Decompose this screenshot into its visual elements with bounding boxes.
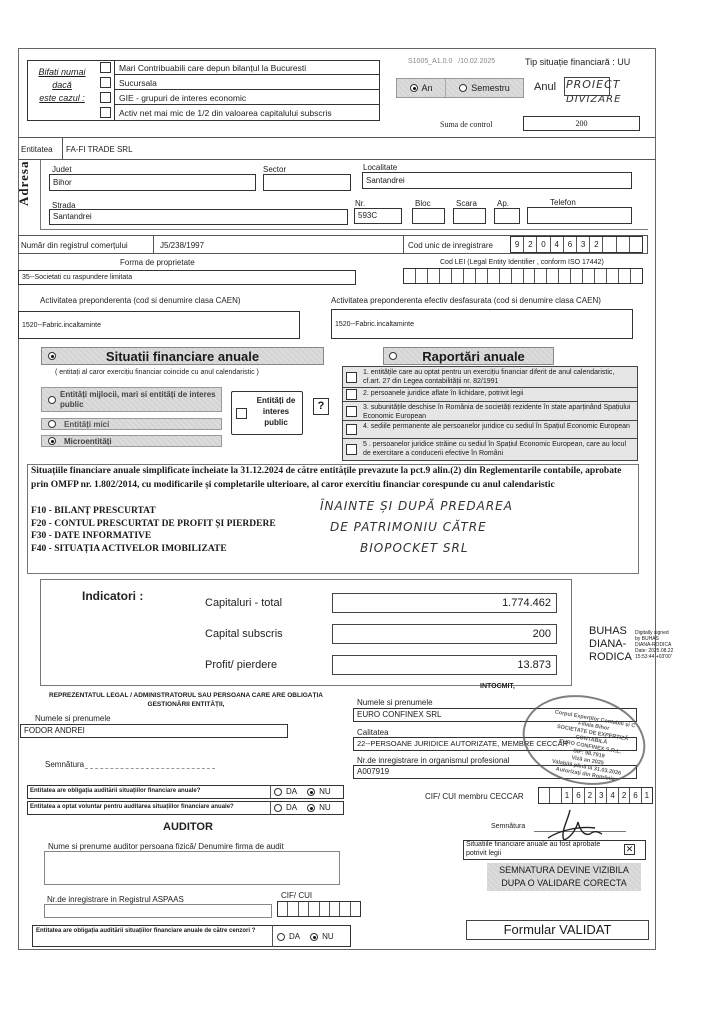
period-selector: An Semestru [396, 78, 524, 98]
digit-cell[interactable] [571, 269, 583, 283]
ap-label: Ap. [497, 199, 509, 208]
digit-cell[interactable] [631, 269, 642, 283]
bifati-option-label: GIE - grupuri de interes economic [119, 93, 246, 103]
intocmit-heading: INTOCMIT, [480, 683, 515, 690]
cui-divider [403, 235, 404, 254]
strada-field[interactable]: Santandrei [49, 209, 348, 225]
digit-cell[interactable]: 3 [577, 237, 590, 252]
digit-cell[interactable] [340, 902, 350, 916]
interes-public-label: Entități de interes public [252, 395, 300, 428]
rep-q2-options: DA NU [274, 803, 331, 812]
indicator-label: Capitaluri - total [205, 597, 282, 609]
auditor-q3-nu-radio[interactable] [310, 933, 318, 941]
statement-form-item: F30 - DATE INFORMATIVE [31, 530, 276, 543]
raportari-title: Raportări anuale [384, 348, 553, 365]
bifati-option-label: Sucursala [119, 78, 157, 88]
aspaas-field[interactable] [44, 904, 272, 918]
digit-cell[interactable]: 3 [596, 788, 607, 803]
caen-efectiv-field[interactable]: 1520--Fabric.incaltaminte [331, 309, 633, 339]
bifati-checkbox[interactable] [100, 77, 111, 88]
indicator-value-field[interactable]: 13.873 [332, 655, 557, 675]
judet-label: Judet [52, 165, 72, 174]
situatii-option-mari[interactable]: Entități mijlocii, mari si entități de i… [41, 387, 222, 412]
digit-cell[interactable] [464, 269, 476, 283]
intocmit-name-label: Numele si prenumele [357, 698, 433, 707]
suma-control-field[interactable]: 200 [523, 116, 640, 131]
forma-label: Forma de proprietate [120, 258, 195, 267]
raportari-checkbox[interactable] [346, 444, 357, 455]
raportari-item[interactable]: 1. entitățile care au optat pentru un ex… [342, 366, 638, 388]
digit-cell[interactable]: 1 [562, 788, 573, 803]
auditor-q3-label: Entitatea are obligația auditării situaț… [36, 927, 266, 936]
digit-cell[interactable] [500, 269, 512, 283]
tip-situatie: Tip situație financiară : UU [525, 57, 630, 67]
approved-checkbox[interactable]: ✕ [624, 844, 635, 855]
raportari-item[interactable]: 5 . persoanelor juridice străine cu sedi… [342, 439, 638, 461]
localitate-label: Localitate [363, 163, 397, 172]
rep-q1-nu-radio[interactable] [307, 788, 315, 796]
cui-label: Cod unic de inregistrare [408, 241, 493, 250]
nr-field[interactable]: 593C [354, 208, 402, 224]
rep-q1-label: Entitatea are obligația auditării situaț… [30, 788, 200, 794]
digit-cell[interactable]: 0 [537, 237, 550, 252]
situatii-title-bar[interactable]: Situatii financiare anuale [41, 347, 324, 365]
rep-q1-options: DA NU [274, 787, 331, 796]
raportari-checkbox[interactable] [346, 389, 357, 400]
digit-cell[interactable] [278, 902, 288, 916]
rep-q2-nu-radio[interactable] [307, 804, 315, 812]
aspaas-label: Nr.de inregistrare in Registrul ASPAAS [47, 895, 184, 904]
digit-cell[interactable]: 6 [573, 788, 584, 803]
situatii-title: Situatii financiare anuale [42, 348, 323, 365]
radio-an[interactable] [410, 84, 418, 92]
digit-cell[interactable] [299, 902, 309, 916]
situatii-radio[interactable] [48, 352, 56, 360]
sector-field[interactable] [263, 174, 351, 191]
digit-cell[interactable]: 4 [607, 788, 618, 803]
digit-cell[interactable]: 2 [524, 237, 537, 252]
situatii-option-micro[interactable]: Microentități [41, 435, 222, 447]
telefon-label: Telefon [550, 198, 576, 207]
digital-signature-detail: Digitally signedby BUHASDIANA-RODICADate… [635, 630, 673, 660]
statement-form-item: F20 - CONTUL PRESCURTAT DE PROFIT ȘI PIE… [31, 518, 276, 531]
digit-cell[interactable] [428, 269, 440, 283]
digit-cell[interactable] [320, 902, 330, 916]
radio-semestru[interactable] [459, 84, 467, 92]
indicator-label: Capital subscris [205, 628, 283, 640]
digit-cell[interactable] [595, 269, 607, 283]
anul-label: Anul [534, 81, 556, 93]
handwritten-line: DE PATRIMONIU CĂTRE [320, 517, 513, 538]
bifati-checkbox[interactable] [100, 107, 111, 118]
auditor-name-field[interactable] [44, 851, 340, 885]
approved-label: Situatiile financiare anuale au fost apr… [466, 841, 616, 858]
judet-field[interactable]: Bihor [49, 174, 256, 191]
bifati-label: Bifati numai dacă este cazul : [27, 66, 97, 105]
digit-cell[interactable] [351, 902, 360, 916]
bifati-option-label: Mari Contribuabili care depun bilanțul l… [119, 63, 306, 73]
handwritten-line: ÎNAINTE ȘI DUPĂ PREDAREA [320, 496, 513, 517]
entity-divider [62, 137, 63, 159]
indicator-label: Profit/ pierdere [205, 659, 277, 671]
raportari-item[interactable]: 4. sediile permanente ale persoanelor ju… [342, 421, 638, 439]
auditor-q3-divider [272, 925, 273, 947]
cif-ceccar-label: CIF/ CUI membru CECCAR [425, 792, 524, 801]
digit-cell[interactable] [539, 788, 550, 803]
digit-cell[interactable] [547, 269, 559, 283]
digit-cell[interactable] [550, 788, 561, 803]
handwritten-line: BIOPOCKET SRL [320, 538, 513, 559]
intocmit-signature-label: Semnătura [491, 823, 525, 830]
adresa-label: Adresa [16, 161, 32, 206]
localitate-field[interactable]: Santandrei [362, 172, 632, 189]
digit-cell[interactable] [512, 269, 524, 283]
cif-ceccar-cells[interactable]: 16234261 [538, 787, 653, 804]
auditor-q3-options: DA NU [277, 932, 334, 941]
signature-visibility-note: SEMNATURA DEVINE VIZIBILA DUPA O VALIDAR… [487, 863, 641, 891]
cui-cells[interactable]: 9204632 [510, 236, 643, 253]
entitatea-value[interactable]: FA-FI TRADE SRL [66, 145, 133, 154]
situatii-option-mici[interactable]: Entități mici [41, 418, 222, 430]
anul-handwritten-2: DIVIZARE [566, 94, 621, 105]
rep-q1-divider [270, 785, 271, 799]
auditor-title: AUDITOR [163, 821, 213, 833]
bifati-checkbox[interactable] [100, 92, 111, 103]
digit-cell[interactable]: 9 [511, 237, 524, 252]
auditor-q3-da-radio[interactable] [277, 933, 285, 941]
registru-value[interactable]: J5/238/1997 [160, 241, 204, 250]
digit-cell[interactable] [583, 269, 595, 283]
ap-field[interactable] [494, 208, 520, 224]
digit-cell[interactable] [309, 902, 319, 916]
caen-label: Activitatea preponderenta (cod si denumi… [40, 296, 241, 305]
telefon-field[interactable] [527, 207, 632, 224]
caen-efectiv-label: Activitatea preponderenta efectiv desfas… [331, 296, 601, 305]
bifati-option-label: Activ net mai mic de 1/2 din valoarea ca… [119, 108, 332, 118]
interes-public-checkbox[interactable] [236, 408, 247, 419]
digit-cell[interactable]: 6 [630, 788, 641, 803]
anul-handwritten-1: PROIECT [566, 78, 621, 91]
raportari-item[interactable]: 3. subunitățile deschise în România de s… [342, 402, 638, 421]
digital-signature-name: BUHAS DIANA- RODICA [589, 625, 632, 664]
raportari-checkbox[interactable] [346, 406, 357, 417]
digit-cell[interactable] [607, 269, 619, 283]
representative-heading: REPREZENTATUL LEGAL / ADMINISTRATORUL SA… [36, 691, 336, 709]
nr-label: Nr. [355, 199, 365, 208]
digit-cell[interactable] [559, 269, 571, 283]
radio-micro[interactable] [48, 437, 56, 445]
nr-reg-label: Nr.de inregistrare in organismul profesi… [357, 756, 510, 765]
statement-handwritten: ÎNAINTE ȘI DUPĂ PREDAREADE PATRIMONIU CĂ… [320, 496, 513, 559]
digit-cell[interactable] [488, 269, 500, 283]
digit-cell[interactable]: 2 [619, 788, 630, 803]
digit-cell[interactable] [524, 269, 536, 283]
sector-label: Sector [263, 165, 286, 174]
indicator-value-field[interactable]: 1.774.462 [332, 593, 557, 613]
digit-cell[interactable] [404, 269, 416, 283]
registru-label: Număr din registrul comerțului [21, 241, 128, 250]
digit-cell[interactable] [476, 269, 488, 283]
rep-signature-label: Semnătura [45, 760, 84, 769]
bloc-field[interactable] [412, 208, 445, 224]
suma-control-label: Suma de control [440, 120, 492, 129]
digit-cell[interactable]: 4 [551, 237, 564, 252]
digit-cell[interactable] [630, 237, 642, 252]
raportari-item[interactable]: 2. persoanele juridice aflate în lichida… [342, 388, 638, 402]
calitatea-label: Calitatea [357, 728, 389, 737]
bloc-label: Bloc [415, 199, 431, 208]
statement-form-item: F10 - BILANȚ PRESCURTAT [31, 505, 276, 518]
digit-cell[interactable] [617, 237, 630, 252]
lei-cells[interactable] [403, 268, 643, 284]
lei-label: Cod LEI (Legal Entity Identifier , confo… [440, 259, 604, 266]
situatii-subtitle: ( entitați al caror exercițiu financiar … [55, 369, 259, 376]
help-button[interactable]: ? [313, 398, 329, 415]
raportari-radio[interactable] [389, 352, 397, 360]
scara-label: Scara [456, 199, 477, 208]
digit-cell[interactable] [288, 902, 298, 916]
digit-cell[interactable] [416, 269, 428, 283]
raportari-list: 1. entitățile care au optat pentru un ex… [342, 366, 638, 461]
rep-signature-line[interactable] [85, 768, 215, 769]
period-an-option[interactable]: An [397, 79, 446, 97]
caen-field[interactable]: 1520--Fabric.incaltaminte [18, 311, 300, 339]
digit-cell[interactable] [330, 902, 340, 916]
digit-cell[interactable]: 6 [564, 237, 577, 252]
radio-mici[interactable] [48, 420, 56, 428]
auditor-name-label: Nume si prenume auditor persoana fizică/… [48, 842, 284, 851]
indicator-value-field[interactable]: 200 [332, 624, 557, 644]
indicatori-title: Indicatori : [82, 589, 143, 603]
raportari-title-bar[interactable]: Raportări anuale [383, 347, 554, 365]
digit-cell[interactable]: 2 [585, 788, 596, 803]
radio-mari[interactable] [48, 396, 56, 404]
auditor-cif-cells[interactable] [277, 901, 361, 917]
raportari-checkbox[interactable] [346, 372, 357, 383]
rep-name-field[interactable]: FODOR ANDREI [20, 724, 288, 738]
digit-cell[interactable] [603, 237, 616, 252]
rep-q2-divider [270, 801, 271, 815]
statement-text: Situațiile financiare anuale simplificat… [31, 465, 631, 492]
digit-cell[interactable] [619, 269, 631, 283]
rep-name-label: Numele si prenumele [35, 714, 111, 723]
rep-q2-label: Entitatea a optat voluntar pentru audita… [30, 804, 234, 810]
registru-divider [153, 235, 154, 254]
auditor-cif-label: CIF/ CUI [281, 891, 312, 900]
digit-cell[interactable]: 1 [642, 788, 652, 803]
digit-cell[interactable] [452, 269, 464, 283]
rep-q1-da-radio[interactable] [274, 788, 282, 796]
statement-forms: F10 - BILANȚ PRESCURTATF20 - CONTUL PRES… [31, 505, 276, 555]
raportari-checkbox[interactable] [346, 424, 357, 435]
formular-validat-badge: Formular VALIDAT [466, 920, 649, 940]
digit-cell[interactable] [535, 269, 547, 283]
scara-field[interactable] [453, 208, 486, 224]
digit-cell[interactable] [440, 269, 452, 283]
entitatea-label: Entitatea [21, 145, 53, 154]
statement-form-item: F40 - SITUAȚIA ACTIVELOR IMOBILIZATE [31, 543, 276, 556]
entity-section-line [18, 137, 656, 138]
form-code: S1005_A1.0.0 /10.02.2025 [408, 58, 495, 65]
bifati-checkbox[interactable] [100, 62, 111, 73]
rep-q2-da-radio[interactable] [274, 804, 282, 812]
forma-field[interactable]: 35--Societati cu raspundere limitata [18, 270, 356, 285]
period-semestru-option[interactable]: Semestru [446, 79, 523, 97]
digit-cell[interactable]: 2 [590, 237, 603, 252]
